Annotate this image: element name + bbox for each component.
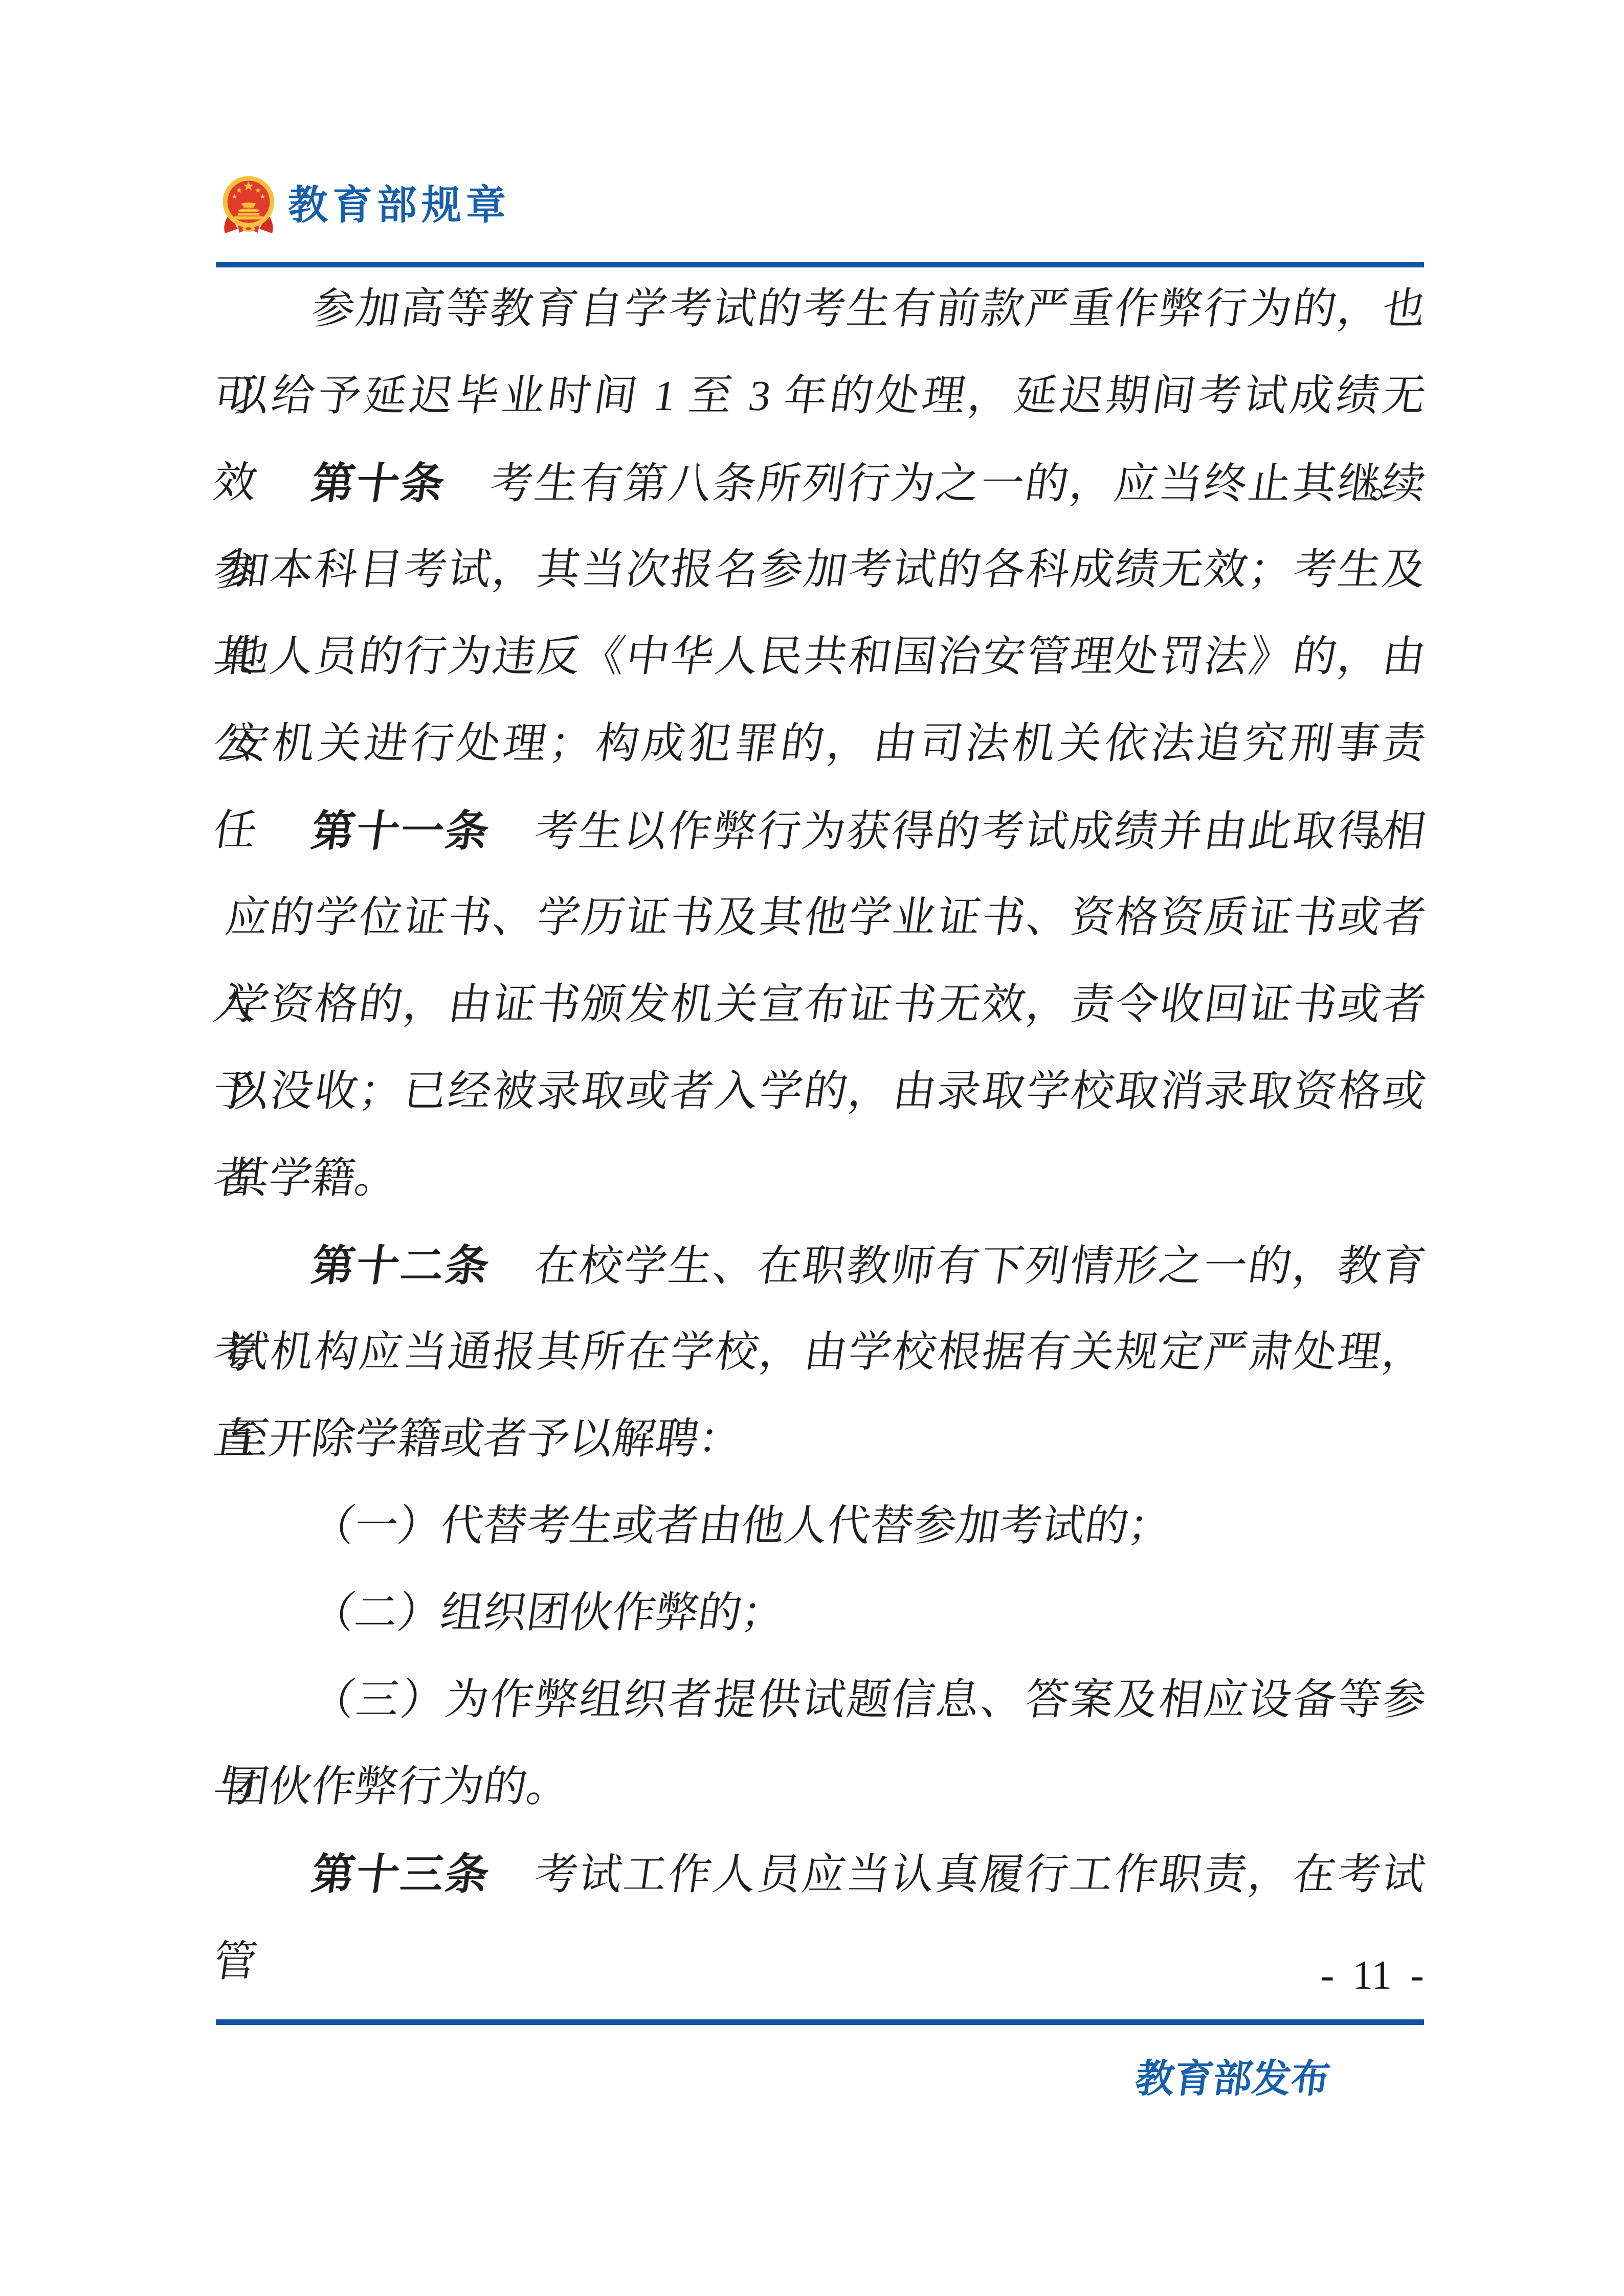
page-number: - 11 - [1321, 1952, 1424, 1998]
document-body: 参加高等教育自学考试的考生有前款严重作弊行为的，也可以给予延迟毕业时间 1 至 … [223, 266, 1422, 1918]
body-line: 团伙作弊行为的。 [220, 1744, 1432, 1831]
body-line: （三）为作弊组织者提供试题信息、答案及相应设备等参与 [220, 1657, 1432, 1744]
body-line: （一）代替考生或者由他人代替参加考试的； [220, 1483, 1432, 1570]
national-emblem-icon [220, 175, 277, 237]
body-line: 学资格的，由证书颁发机关宣布证书无效，责令收回证书或者予 [220, 961, 1432, 1048]
body-text: （二）组织团伙作弊的； [308, 1589, 788, 1637]
article-number: 第十条 [308, 459, 449, 507]
body-line: 他人员的行为违反《中华人民共和国治安管理处罚法》的，由公 [220, 614, 1432, 701]
body-line: 以给予延迟毕业时间 1 至 3 年的处理，延迟期间考试成绩无效。 [220, 353, 1432, 440]
body-line: 第十一条 考生以作弊行为获得的考试成绩并由此取得相 [220, 787, 1432, 874]
body-line: 至开除学籍或者予以解聘： [220, 1396, 1432, 1483]
body-line: （二）组织团伙作弊的； [220, 1570, 1432, 1657]
body-text: 考生以作弊行为获得的考试成绩并由此取得相 [487, 808, 1429, 856]
body-line: 其学籍。 [220, 1135, 1432, 1222]
body-line: 参加高等教育自学考试的考生有前款严重作弊行为的，也可 [220, 266, 1432, 353]
document-page: 教育部规章 参加高等教育自学考试的考生有前款严重作弊行为的，也可以给予延迟毕业时… [0, 0, 1624, 2296]
article-number: 第十二条 [308, 1242, 494, 1290]
body-line: 安机关进行处理；构成犯罪的，由司法机关依法追究刑事责任。 [220, 701, 1432, 787]
article-number: 第十三条 [308, 1850, 494, 1898]
footer-divider [216, 2019, 1424, 2025]
publisher-label: 教育部发布 [1132, 2054, 1333, 2105]
article-number: 第十一条 [308, 807, 494, 855]
body-line: 第十二条 在校学生、在职教师有下列情形之一的，教育考 [220, 1222, 1432, 1309]
body-line: 第十三条 考试工作人员应当认真履行工作职责，在考试管 [220, 1831, 1432, 1918]
page-title: 教育部规章 [288, 182, 510, 229]
body-line: 应的学位证书、学历证书及其他学业证书、资格资质证书或者入 [220, 874, 1432, 961]
body-text: （一）代替考生或者由他人代替参加考试的； [308, 1502, 1174, 1550]
body-line: 第十条 考生有第八条所列行为之一的，应当终止其继续参 [220, 440, 1432, 527]
body-line: 试机构应当通报其所在学校，由学校根据有关规定严肃处理，直 [220, 1309, 1432, 1396]
body-text: 团伙作弊行为的。 [223, 1763, 573, 1811]
body-line: 以没收；已经被录取或者入学的，由录取学校取消录取资格或者 [220, 1048, 1432, 1135]
body-text: 其学籍。 [223, 1155, 401, 1202]
body-text: 至开除学籍或者予以解聘： [223, 1415, 745, 1463]
body-line: 加本科目考试，其当次报名参加考试的各科成绩无效；考生及其 [220, 527, 1432, 614]
